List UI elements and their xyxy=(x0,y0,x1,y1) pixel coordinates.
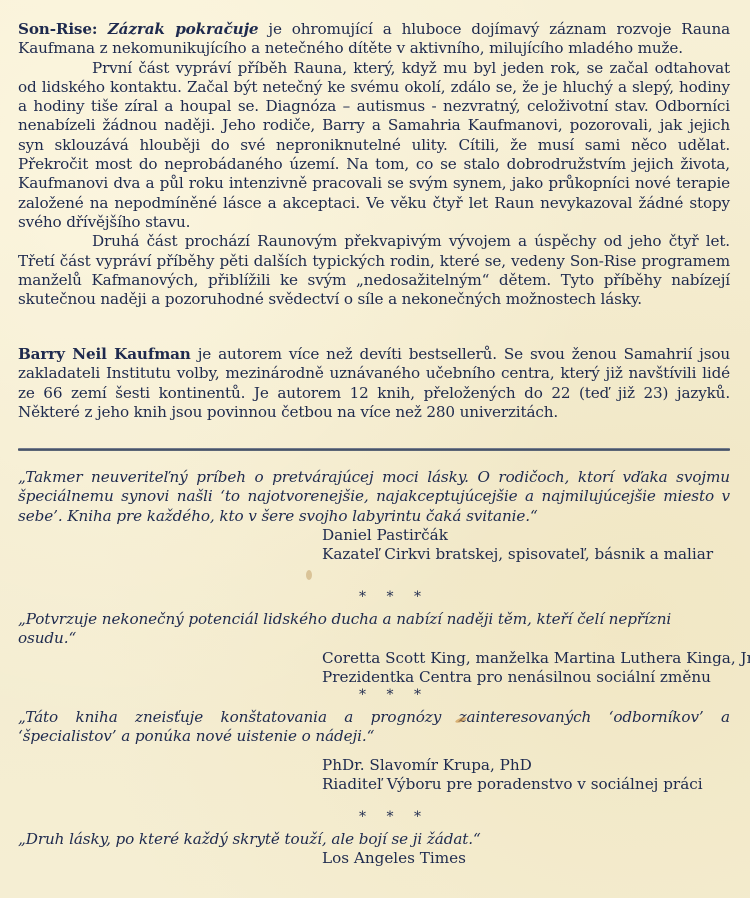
quote-text: „Takmer neuveriteľný príbeh o pretvárajú… xyxy=(18,468,730,526)
endorsement-quote-3: „Táto kniha zneisťuje konštatovania a pr… xyxy=(18,708,730,794)
series-title: Son-Rise: xyxy=(18,20,108,38)
separator-stars: * * * xyxy=(38,808,750,827)
description-text-3: Druhá část prochází Raunovým překvapivým… xyxy=(18,232,730,308)
quote-author: Coretta Scott King, manželka Martina Lut… xyxy=(322,649,730,668)
section-divider xyxy=(18,448,730,451)
endorsement-quote-1: „Takmer neuveriteľný príbeh o pretvárajú… xyxy=(18,468,730,564)
quote-author-title: Prezidentka Centra pro nenásilnou sociál… xyxy=(322,668,730,687)
book-title: Zázrak pokračuje xyxy=(108,20,259,38)
description-paragraph-3: Druhá část prochází Raunovým překvapivým… xyxy=(18,232,730,309)
paper-stain xyxy=(306,570,312,580)
quote-author-title: Riaditeľ Výboru pre poradenstvo v sociál… xyxy=(322,775,730,794)
book-description: Son-Rise: Zázrak pokračuje je ohromující… xyxy=(18,20,730,309)
quote-author: Daniel Pastirčák xyxy=(322,526,730,545)
endorsement-quote-2: „Potvrzuje nekonečný potenciál lidského … xyxy=(18,610,730,687)
quote-text: „Táto kniha zneisťuje konštatovania a pr… xyxy=(18,708,730,747)
description-text-2: První část vypráví příběh Rauna, který, … xyxy=(18,59,730,231)
quote-text: „Potvrzuje nekonečný potenciál lidského … xyxy=(18,610,730,649)
endorsement-quote-4: „Druh lásky, po které každý skrytě touží… xyxy=(18,830,730,869)
separator-stars: * * * xyxy=(38,686,750,705)
quote-author: PhDr. Slavomír Krupa, PhD xyxy=(322,756,730,775)
quote-text: „Druh lásky, po které každý skrytě touží… xyxy=(18,830,730,849)
description-paragraph-1: Son-Rise: Zázrak pokračuje je ohromující… xyxy=(18,20,730,59)
quote-author: Los Angeles Times xyxy=(322,849,730,868)
author-paragraph: Barry Neil Kaufman je autorem více než d… xyxy=(18,345,730,422)
author-bio: Barry Neil Kaufman je autorem více než d… xyxy=(18,345,730,422)
quote-author-title: Kazateľ Cirkvi bratskej, spisovateľ, bás… xyxy=(322,545,730,564)
description-paragraph-2: První část vypráví příběh Rauna, který, … xyxy=(18,59,730,233)
separator-stars: * * * xyxy=(38,588,750,607)
author-name: Barry Neil Kaufman xyxy=(18,345,191,363)
